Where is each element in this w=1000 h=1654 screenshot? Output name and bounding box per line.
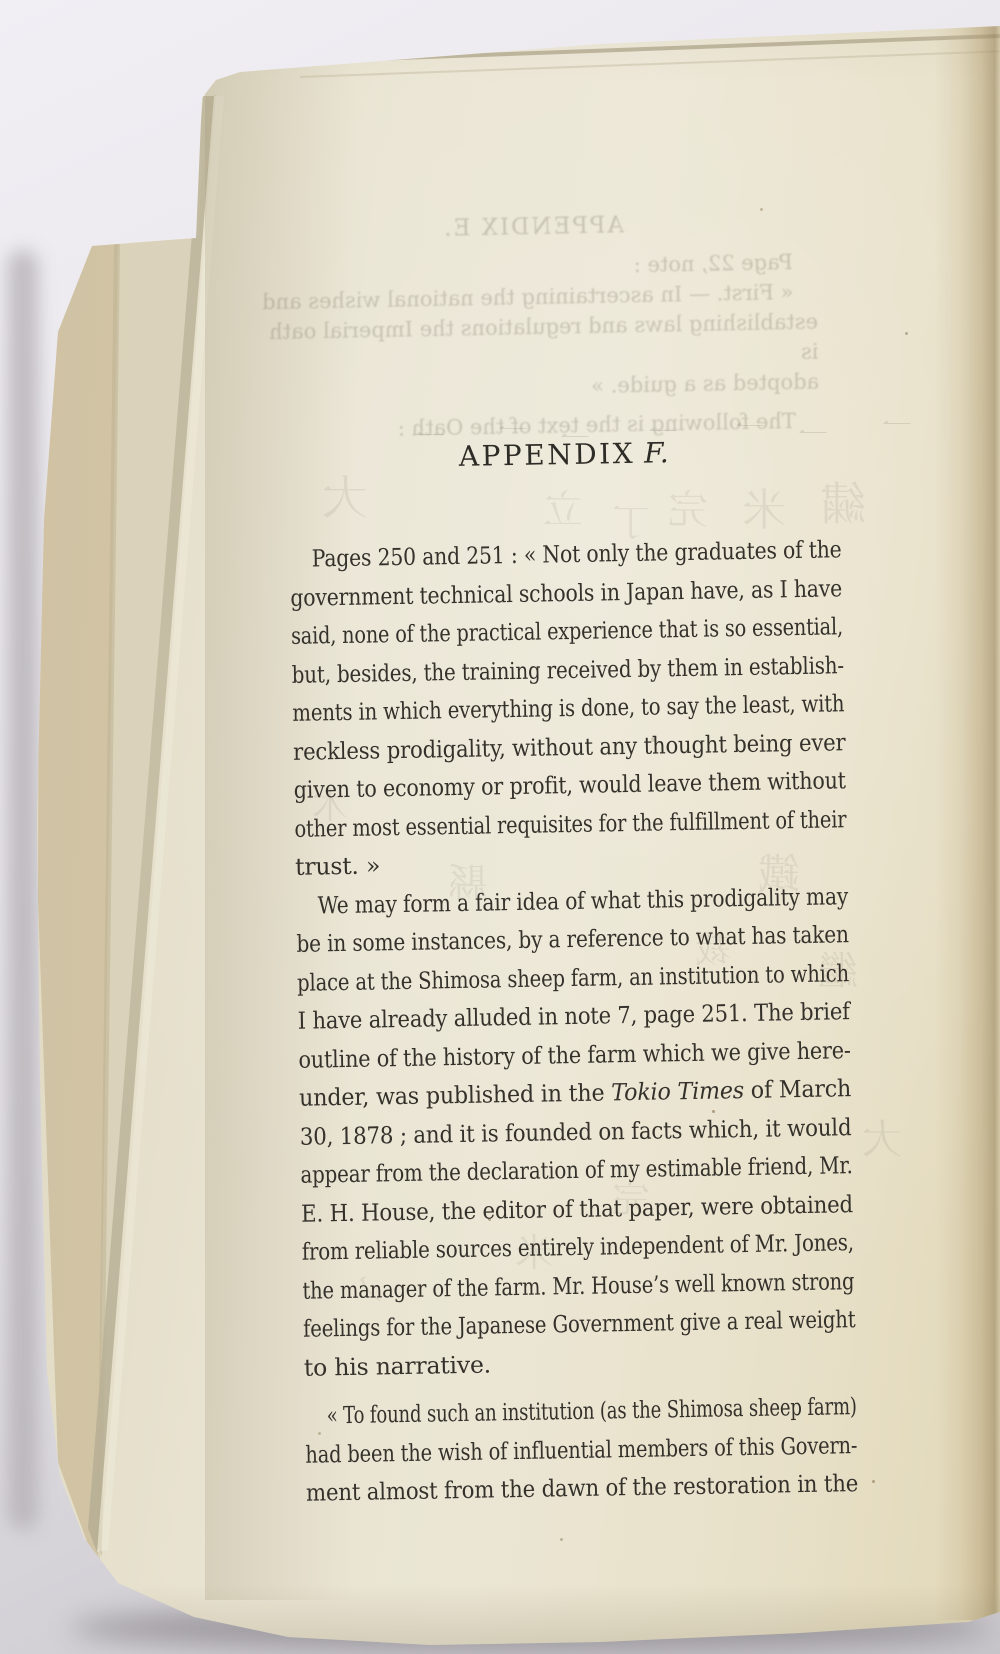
showthrough-lines: Page 22, note :« First. — In ascertainin… bbox=[251, 247, 821, 447]
text-line: ment almost from the dawn of the restora… bbox=[306, 1464, 859, 1512]
fore-edge bbox=[935, 20, 1000, 1620]
appendix-heading-letter: F. bbox=[644, 436, 670, 469]
book-left-shadow bbox=[8, 250, 38, 1530]
top-page-edge bbox=[236, 34, 1000, 66]
showthrough-text-block: APPENDIX E. Page 22, note :« First. — In… bbox=[250, 209, 820, 447]
paragraph: Pages 250 and 251 : « Not only the gradu… bbox=[289, 530, 847, 886]
showthrough-glyph: 大 bbox=[862, 1108, 902, 1165]
book-page: APPENDIX E. Page 22, note :« First. — In… bbox=[0, 0, 1000, 1654]
showthrough-glyph: 一 bbox=[882, 401, 912, 445]
photo-background: APPENDIX E. Page 22, note :« First. — In… bbox=[0, 0, 1000, 1654]
paragraph: « To found such an institution (as the S… bbox=[304, 1387, 858, 1512]
paragraph: We may form a fair idea of what this pro… bbox=[295, 877, 856, 1387]
showthrough-line: establishing laws and regulations the Im… bbox=[252, 307, 819, 378]
paper-speckles bbox=[0, 0, 3, 3]
appendix-heading-word: APPENDIX bbox=[459, 437, 636, 473]
body-paragraphs: Pages 250 and 251 : « Not only the gradu… bbox=[289, 530, 858, 1512]
top-page-edge-faint bbox=[300, 50, 1000, 78]
printed-text-block: APPENDIXF. Pages 250 and 251 : « Not onl… bbox=[288, 433, 859, 1512]
